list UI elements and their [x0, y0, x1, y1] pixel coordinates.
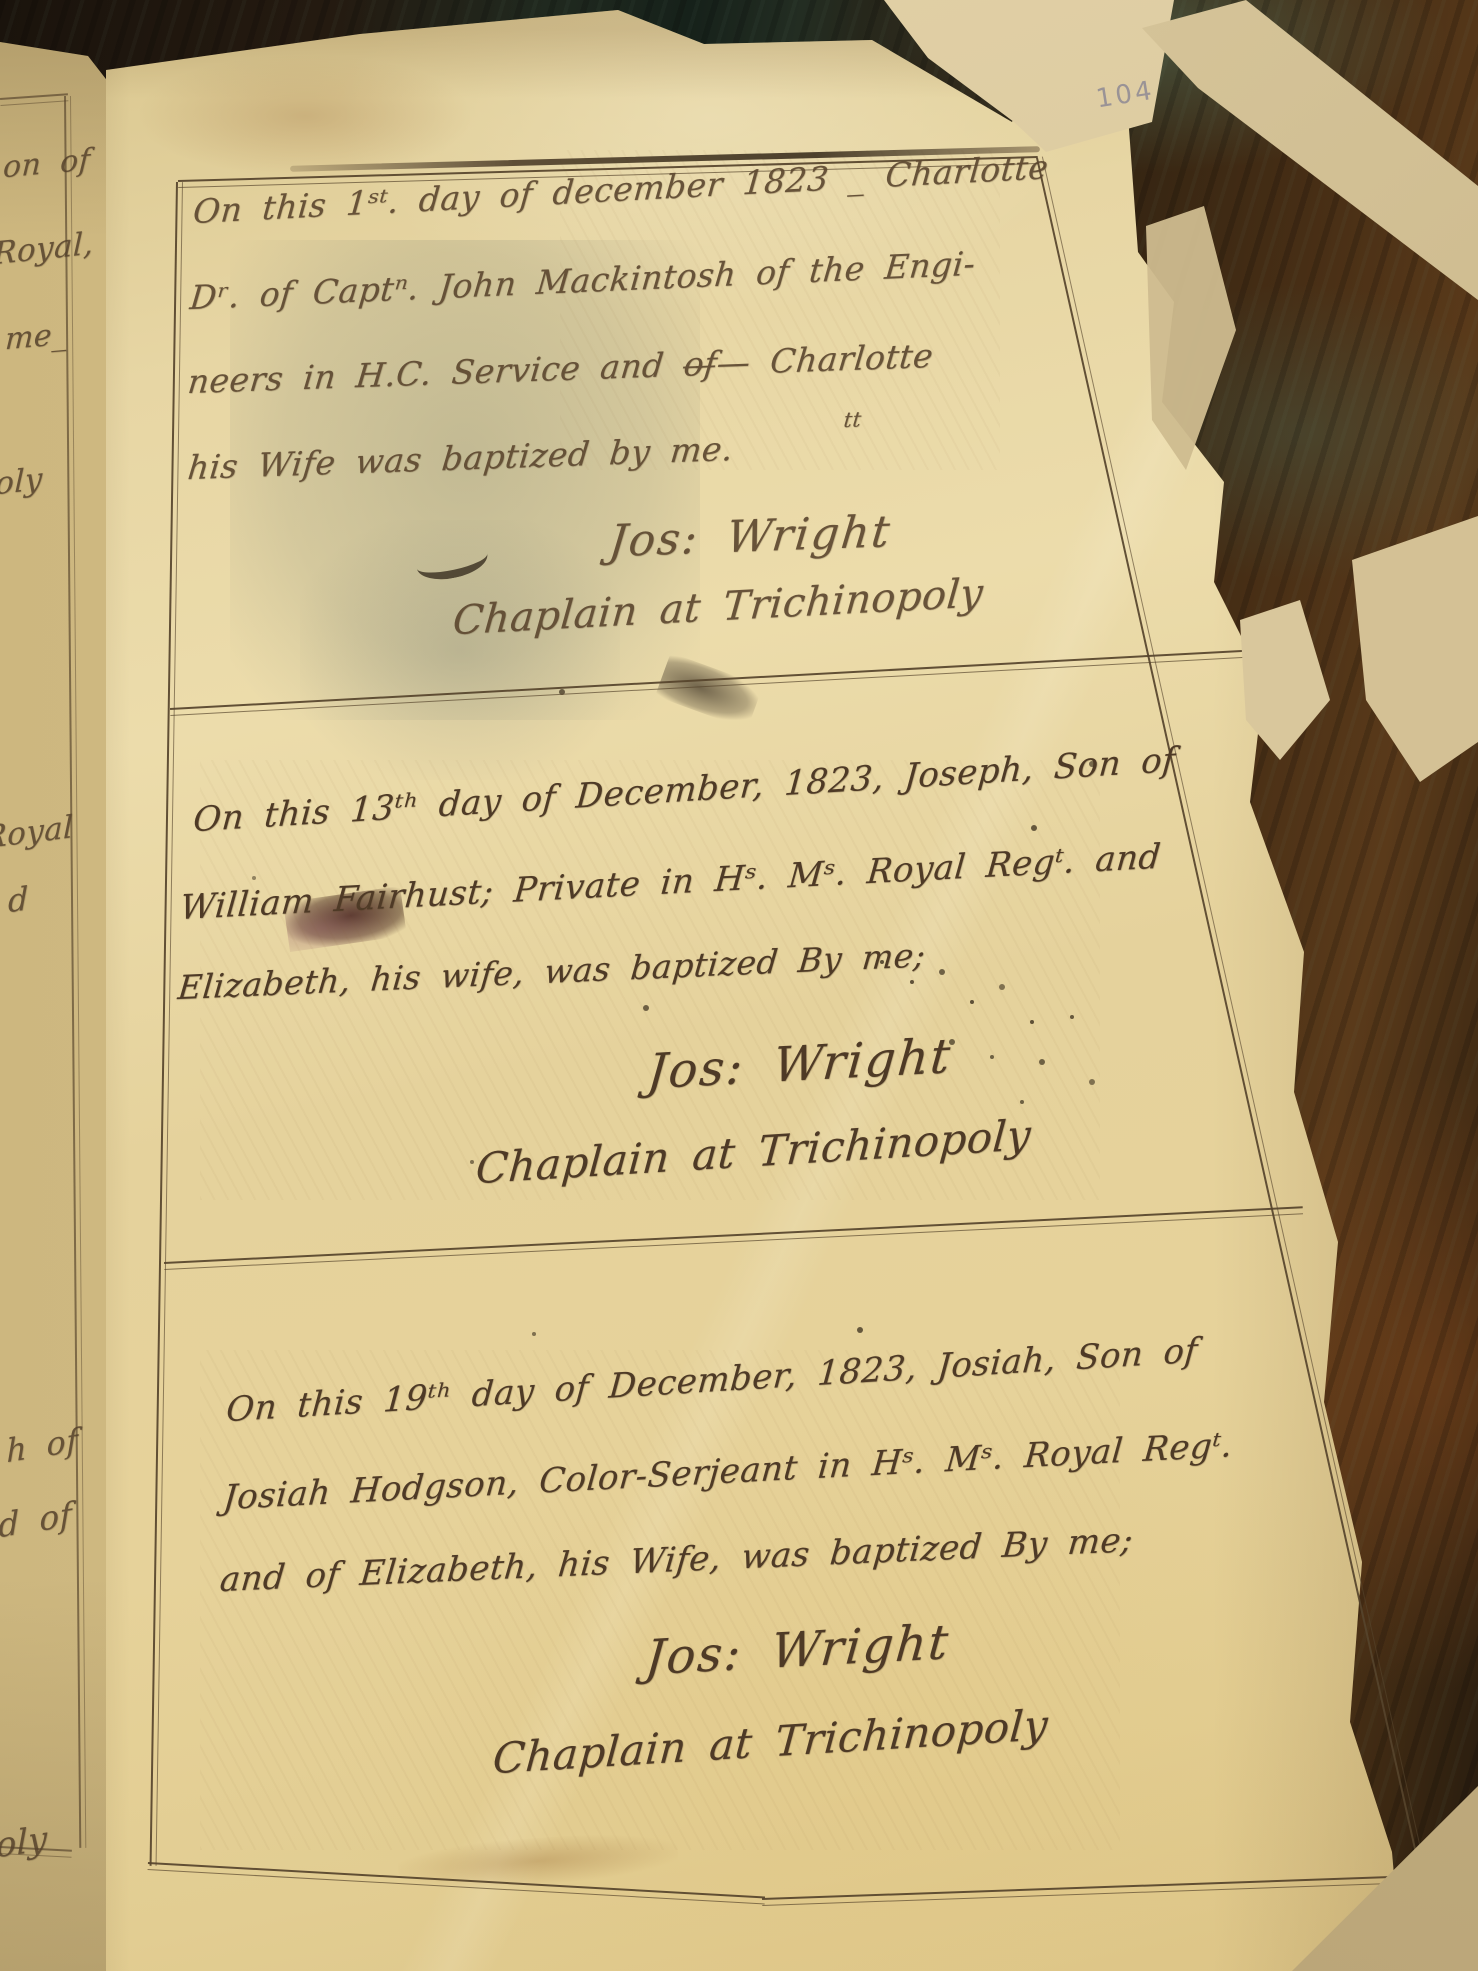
facing-page-text-fragment: d	[8, 879, 29, 920]
photo-of-baptism-register: on of Royal, me_ oly Royal d h of d of o…	[0, 0, 1478, 1971]
facing-page-text-fragment: oly	[0, 461, 43, 502]
entry1-signature: Jos: Wright	[607, 506, 894, 567]
entry1-insertion-mark: tt	[842, 407, 862, 432]
facing-page-text-fragment: me_	[4, 317, 68, 358]
facing-page-text-fragment: oly	[0, 1819, 48, 1867]
